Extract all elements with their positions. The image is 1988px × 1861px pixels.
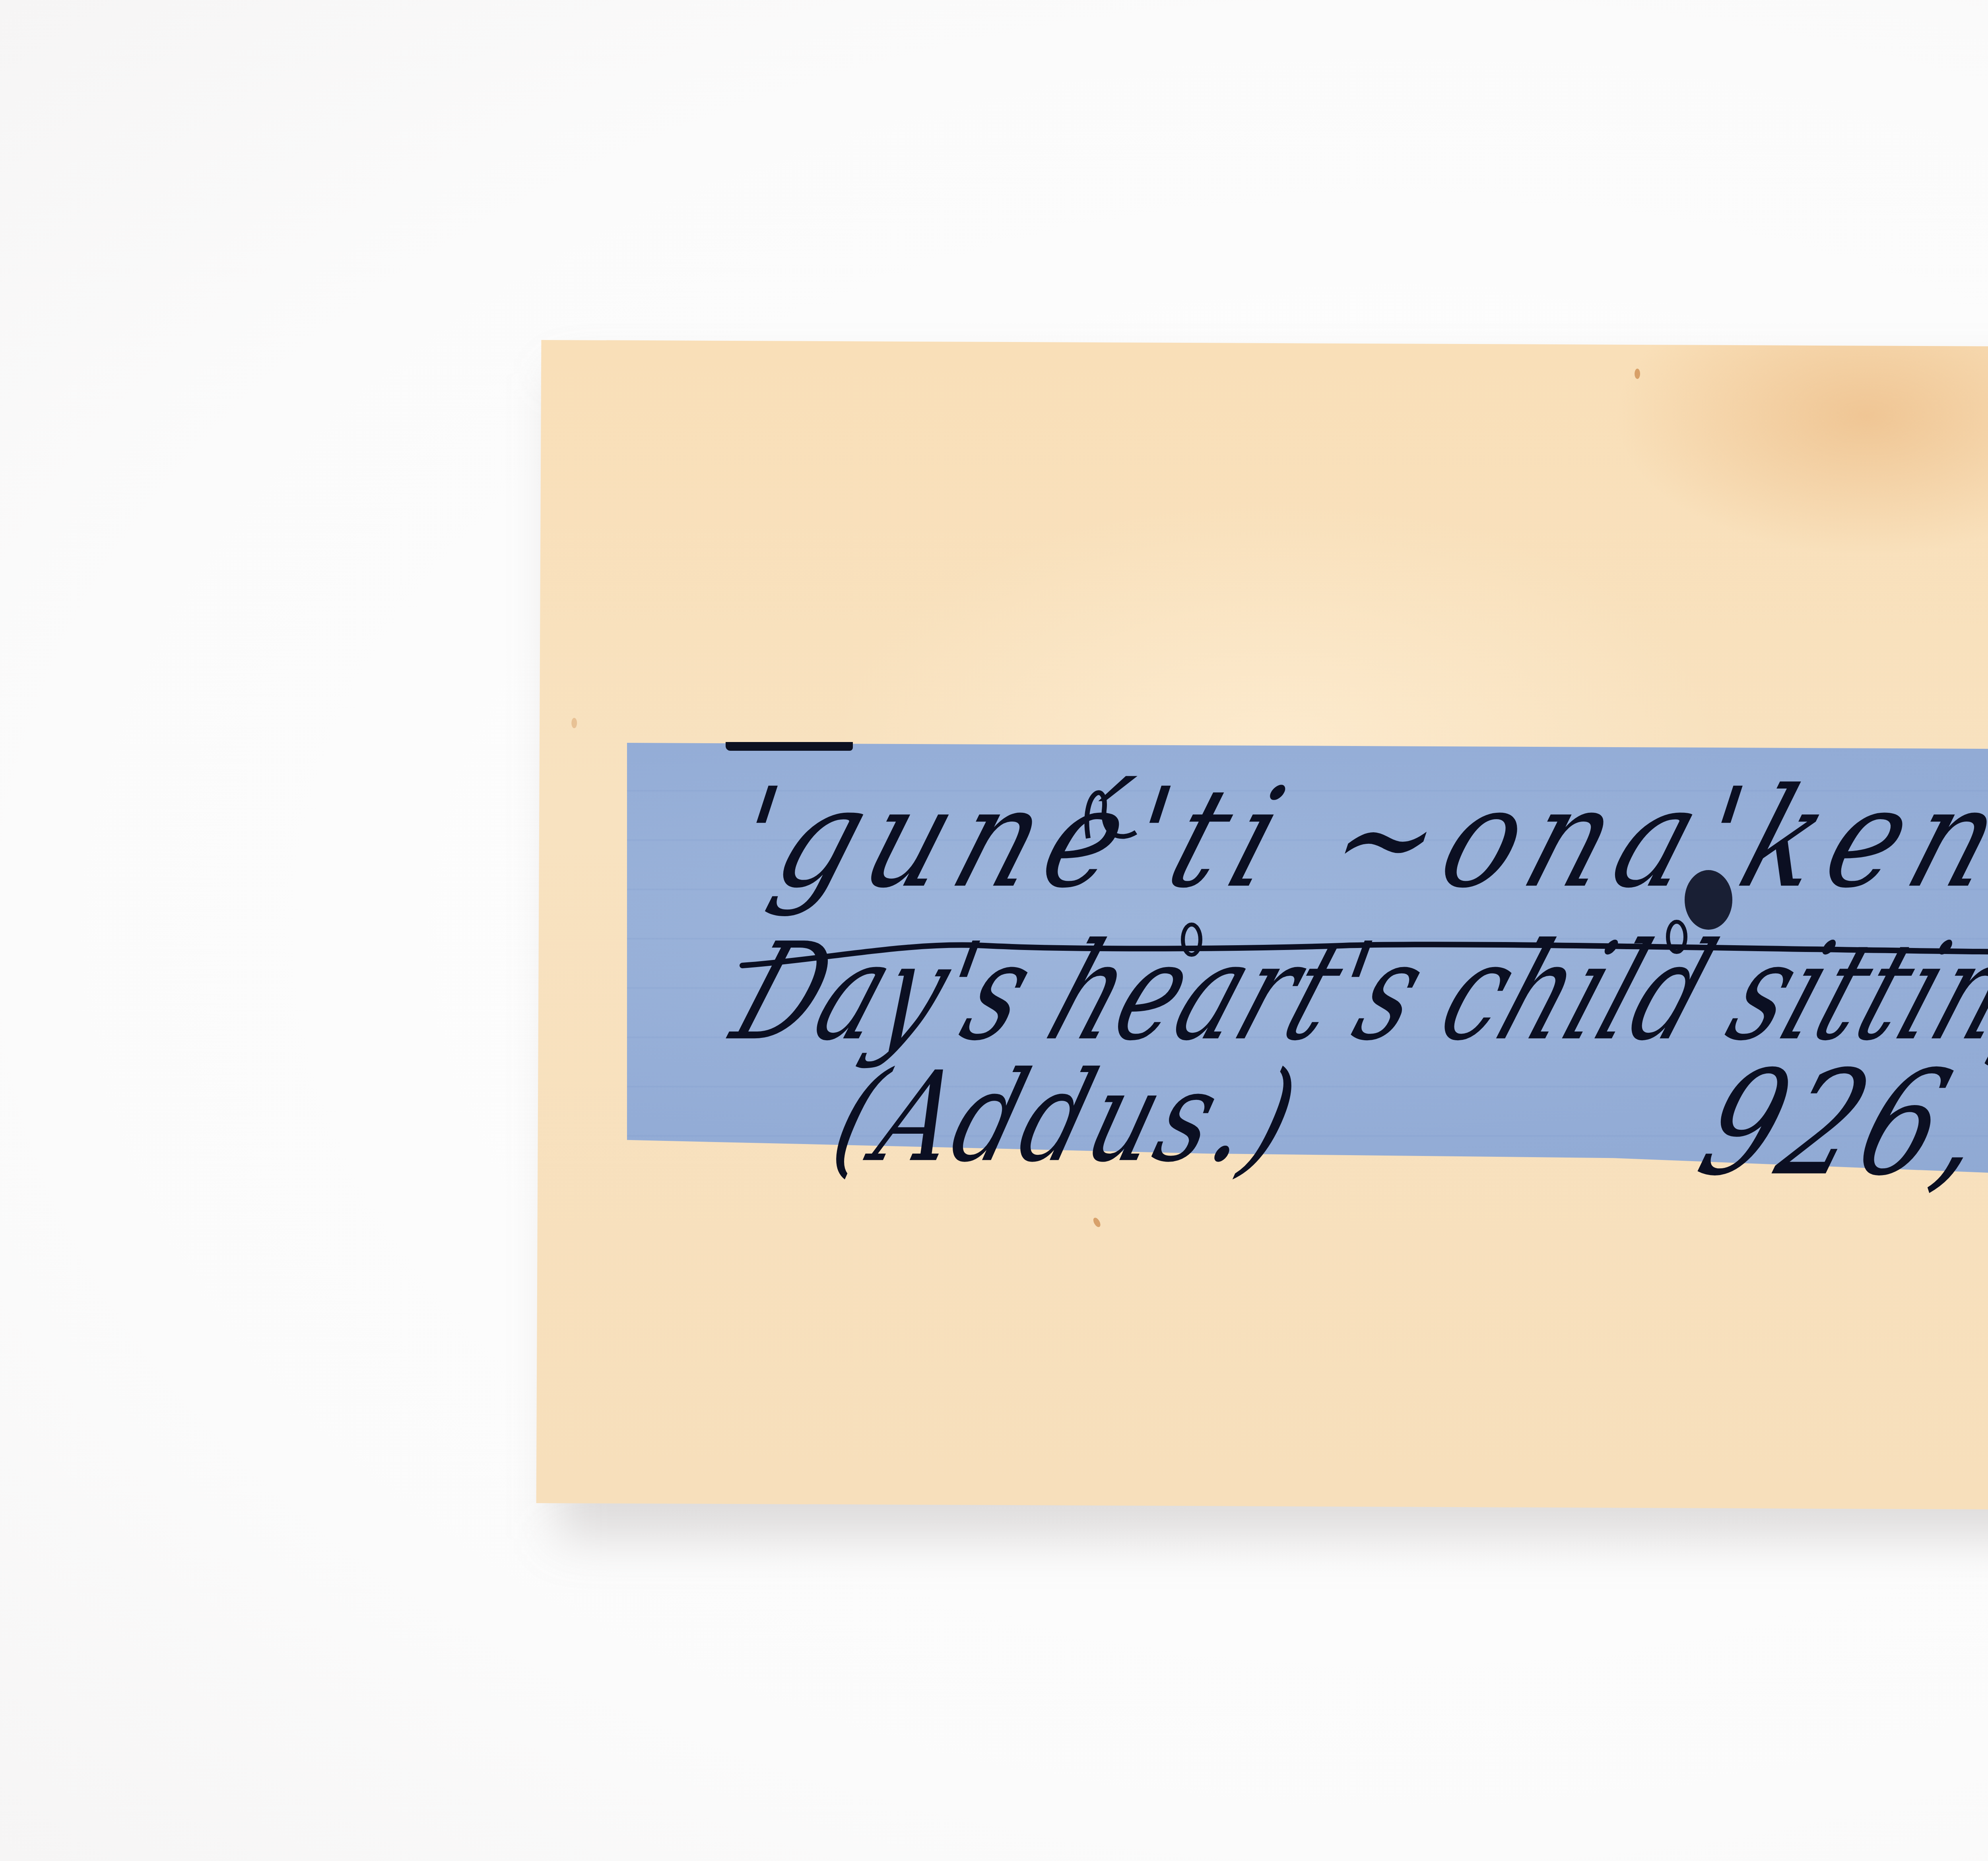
handwriting-line-1: 'guné'ti ~ona'ken 'ssha (714, 759, 1988, 918)
handwriting-reference-number: 926, 4, (1682, 1040, 1988, 1208)
foxing-spot (571, 718, 577, 728)
handwriting-abbreviation: (Addus.) (819, 1045, 1316, 1189)
foxing-spot (1635, 369, 1640, 379)
ink-mark (726, 742, 853, 751)
foxing-spot (1092, 1216, 1102, 1228)
